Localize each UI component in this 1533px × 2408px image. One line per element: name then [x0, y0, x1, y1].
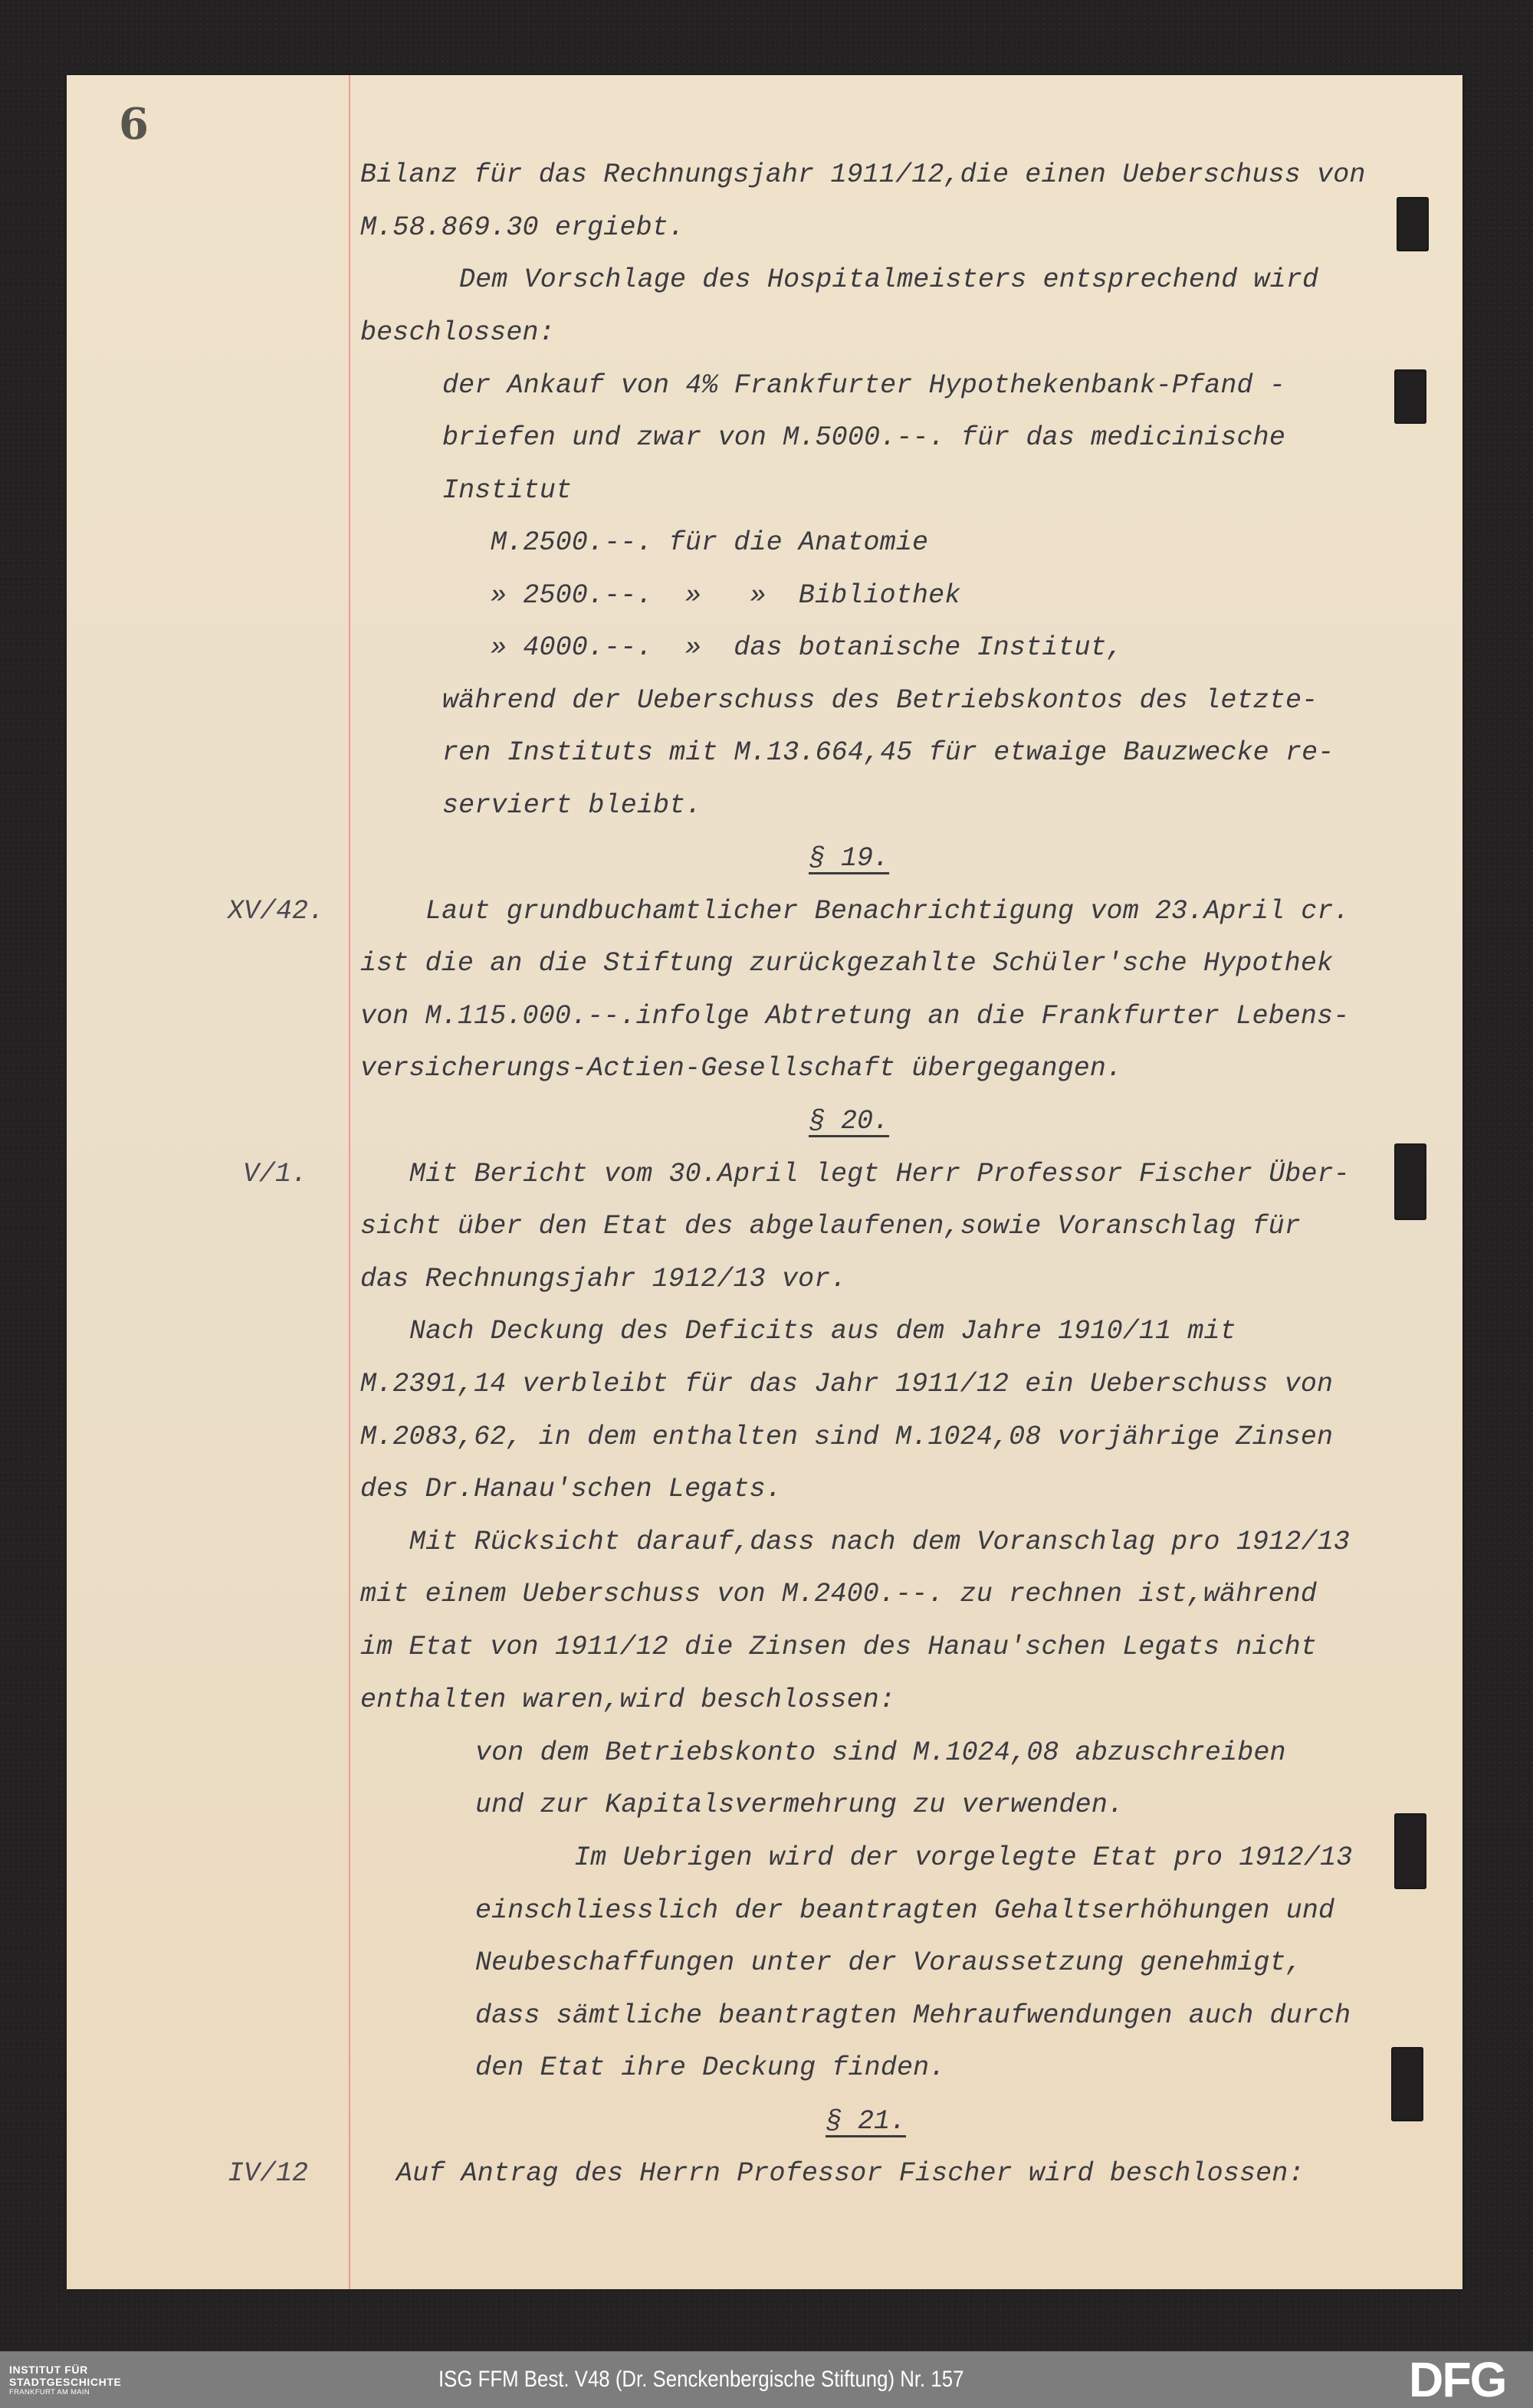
typed-line: M.58.869.30 ergiebt. [360, 212, 684, 243]
typed-line: sicht über den Etat des abgelaufenen,sow… [360, 1211, 1301, 1242]
typed-line: von M.115.000.--.infolge Abtretung an di… [360, 1001, 1349, 1032]
typed-line: » 2500.--. » » Bibliothek [491, 580, 960, 611]
typed-line: versicherungs-Actien-Gesellschaft überge… [360, 1053, 1122, 1084]
typed-line: der Ankauf von 4% Frankfurter Hypotheken… [442, 370, 1285, 401]
typed-line: Im Uebrigen wird der vorgelegte Etat pro… [574, 1842, 1352, 1873]
typed-line: ist die an die Stiftung zurückgezahlte S… [360, 948, 1333, 979]
section-heading: § 21. [826, 2106, 906, 2137]
typed-line: Mit Rücksicht darauf,dass nach dem Voran… [409, 1527, 1350, 1557]
typed-line: und zur Kapitalsvermehrung zu verwenden. [475, 1790, 1124, 1820]
typed-line: Neubeschaffungen unter der Voraussetzung… [475, 1947, 1302, 1978]
typed-line: einschliesslich der beantragten Gehaltse… [475, 1895, 1334, 1926]
typed-line: ren Instituts mit M.13.664,45 für etwaig… [442, 737, 1334, 768]
institute-logo-line2: STADTGESCHICHTE [9, 2377, 121, 2387]
typed-line: von dem Betriebskonto sind M.1024,08 abz… [475, 1737, 1286, 1768]
margin-reference: V/1. [243, 1159, 307, 1189]
typed-line: » 4000.--. » das botanische Institut, [491, 632, 1123, 663]
institute-logo: INSTITUT FÜR STADTGESCHICHTE FRANKFURT A… [9, 2364, 121, 2397]
institute-logo-line1: INSTITUT FÜR [9, 2364, 121, 2375]
punch-hole [1397, 197, 1429, 251]
typed-line: Dem Vorschlage des Hospitalmeisters ents… [459, 264, 1318, 295]
typed-line: im Etat von 1911/12 die Zinsen des Hanau… [360, 1632, 1317, 1662]
archive-footer-bar: INSTITUT FÜR STADTGESCHICHTE FRANKFURT A… [0, 2351, 1533, 2408]
red-margin-line [349, 75, 350, 2289]
typed-line: M.2500.--. für die Anatomie [491, 527, 928, 558]
typed-line: dass sämtliche beantragten Mehraufwendun… [475, 2000, 1351, 2031]
typed-line: das Rechnungsjahr 1912/13 vor. [360, 1264, 847, 1294]
punch-hole [1391, 2047, 1423, 2121]
typed-line: beschlossen: [360, 317, 555, 348]
dfg-logo: DFG [1409, 2360, 1506, 2400]
typed-line: briefen und zwar von M.5000.--. für das … [442, 422, 1285, 453]
document-page: 6 Bilanz für das Rechnungsjahr 1911/12,d… [67, 75, 1462, 2289]
typed-line: Laut grundbuchamtlicher Benachrichtigung… [425, 896, 1350, 927]
page-number: 6 [119, 103, 149, 146]
typed-line: des Dr.Hanau'schen Legats. [360, 1474, 782, 1504]
typed-line: M.2083,62, in dem enthalten sind M.1024,… [360, 1422, 1333, 1452]
archive-reference-title: ISG FFM Best. V48 (Dr. Senckenbergische … [438, 2365, 963, 2394]
section-heading: § 19. [809, 843, 889, 874]
typed-line: mit einem Ueberschuss von M.2400.--. zu … [360, 1579, 1317, 1609]
typed-line: Auf Antrag des Herrn Professor Fischer w… [396, 2158, 1305, 2189]
section-heading: § 20. [809, 1106, 889, 1137]
typed-line: Mit Bericht vom 30.April legt Herr Profe… [409, 1159, 1350, 1189]
margin-reference: IV/12 [228, 2158, 308, 2189]
punch-hole [1394, 369, 1426, 424]
typed-line: Institut [442, 475, 572, 506]
typed-line: Bilanz für das Rechnungsjahr 1911/12,die… [360, 159, 1366, 190]
typed-line: Nach Deckung des Deficits aus dem Jahre … [409, 1316, 1236, 1347]
typed-line: den Etat ihre Deckung finden. [475, 2052, 945, 2083]
typed-line: M.2391,14 verbleibt für das Jahr 1911/12… [360, 1369, 1333, 1399]
punch-hole [1394, 1143, 1426, 1220]
typed-line: serviert bleibt. [442, 790, 701, 821]
typed-line: enthalten waren,wird beschlossen: [360, 1685, 895, 1715]
typed-line: während der Ueberschuss des Betriebskont… [442, 685, 1318, 716]
institute-logo-line3: FRANKFURT AM MAIN [9, 2389, 121, 2397]
margin-reference: XV/42. [228, 896, 324, 927]
punch-hole [1394, 1813, 1426, 1889]
